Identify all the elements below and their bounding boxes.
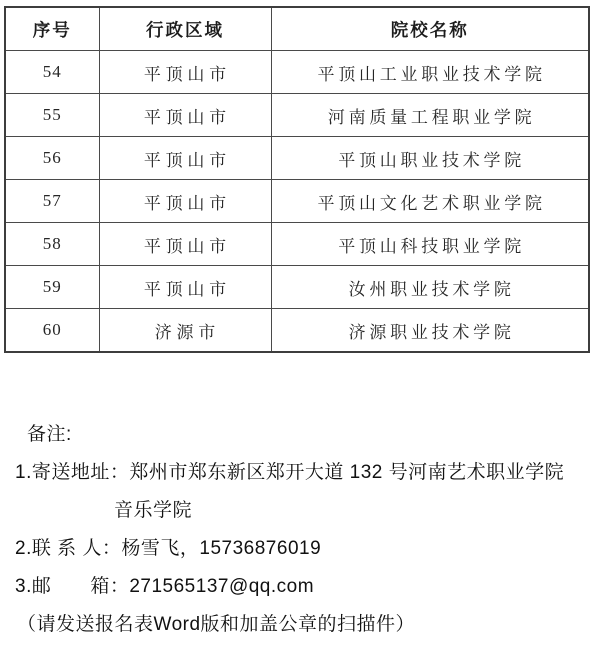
table-row: 58 平顶山市 平顶山科技职业学院: [5, 223, 589, 266]
cell-serial: 58: [5, 223, 99, 266]
table-row: 57 平顶山市 平顶山文化艺术职业学院: [5, 180, 589, 223]
note-contact-line: 2.联 系 人：杨雪飞，15736876019: [15, 530, 600, 568]
cell-school: 汝州职业技术学院: [271, 266, 589, 309]
cell-region: 平顶山市: [99, 94, 271, 137]
cell-school: 平顶山科技职业学院: [271, 223, 589, 266]
school-list-table: 序号 行政区域 院校名称 54 平顶山市 平顶山工业职业技术学院 55 平顶山市…: [4, 6, 590, 353]
cell-serial: 57: [5, 180, 99, 223]
notes-label: 备注:: [27, 416, 600, 454]
cell-serial: 54: [5, 51, 99, 94]
cell-school: 平顶山工业职业技术学院: [271, 51, 589, 94]
table-row: 54 平顶山市 平顶山工业职业技术学院: [5, 51, 589, 94]
cell-school: 平顶山职业技术学院: [271, 137, 589, 180]
cell-serial: 55: [5, 94, 99, 137]
note-remark-line: （请发送报名表Word版和加盖公章的扫描件）: [17, 606, 600, 644]
cell-school: 河南质量工程职业学院: [271, 94, 589, 137]
cell-serial: 60: [5, 309, 99, 353]
document-page: { "page": { "background": "#ffffff", "te…: [0, 0, 600, 646]
cell-region: 平顶山市: [99, 180, 271, 223]
note-address-line-1: 1.寄送地址：郑州市郑东新区郑开大道 132 号河南艺术职业学院: [15, 454, 600, 492]
table-row: 60 济源市 济源职业技术学院: [5, 309, 589, 353]
note-email-line: 3.邮 箱：271565137@qq.com: [15, 568, 600, 606]
cell-school: 济源职业技术学院: [271, 309, 589, 353]
table-row: 56 平顶山市 平顶山职业技术学院: [5, 137, 589, 180]
table-row: 59 平顶山市 汝州职业技术学院: [5, 266, 589, 309]
cell-region: 济源市: [99, 309, 271, 353]
cell-region: 平顶山市: [99, 223, 271, 266]
cell-school: 平顶山文化艺术职业学院: [271, 180, 589, 223]
notes-section: 备注: 1.寄送地址：郑州市郑东新区郑开大道 132 号河南艺术职业学院 音乐学…: [15, 416, 600, 644]
cell-serial: 59: [5, 266, 99, 309]
header-region: 行政区域: [99, 7, 271, 51]
table-row: 55 平顶山市 河南质量工程职业学院: [5, 94, 589, 137]
cell-region: 平顶山市: [99, 137, 271, 180]
note-address-line-2: 音乐学院: [114, 492, 600, 530]
cell-region: 平顶山市: [99, 266, 271, 309]
table-header-row: 序号 行政区域 院校名称: [5, 7, 589, 51]
header-serial: 序号: [5, 7, 99, 51]
cell-serial: 56: [5, 137, 99, 180]
cell-region: 平顶山市: [99, 51, 271, 94]
header-school-name: 院校名称: [271, 7, 589, 51]
